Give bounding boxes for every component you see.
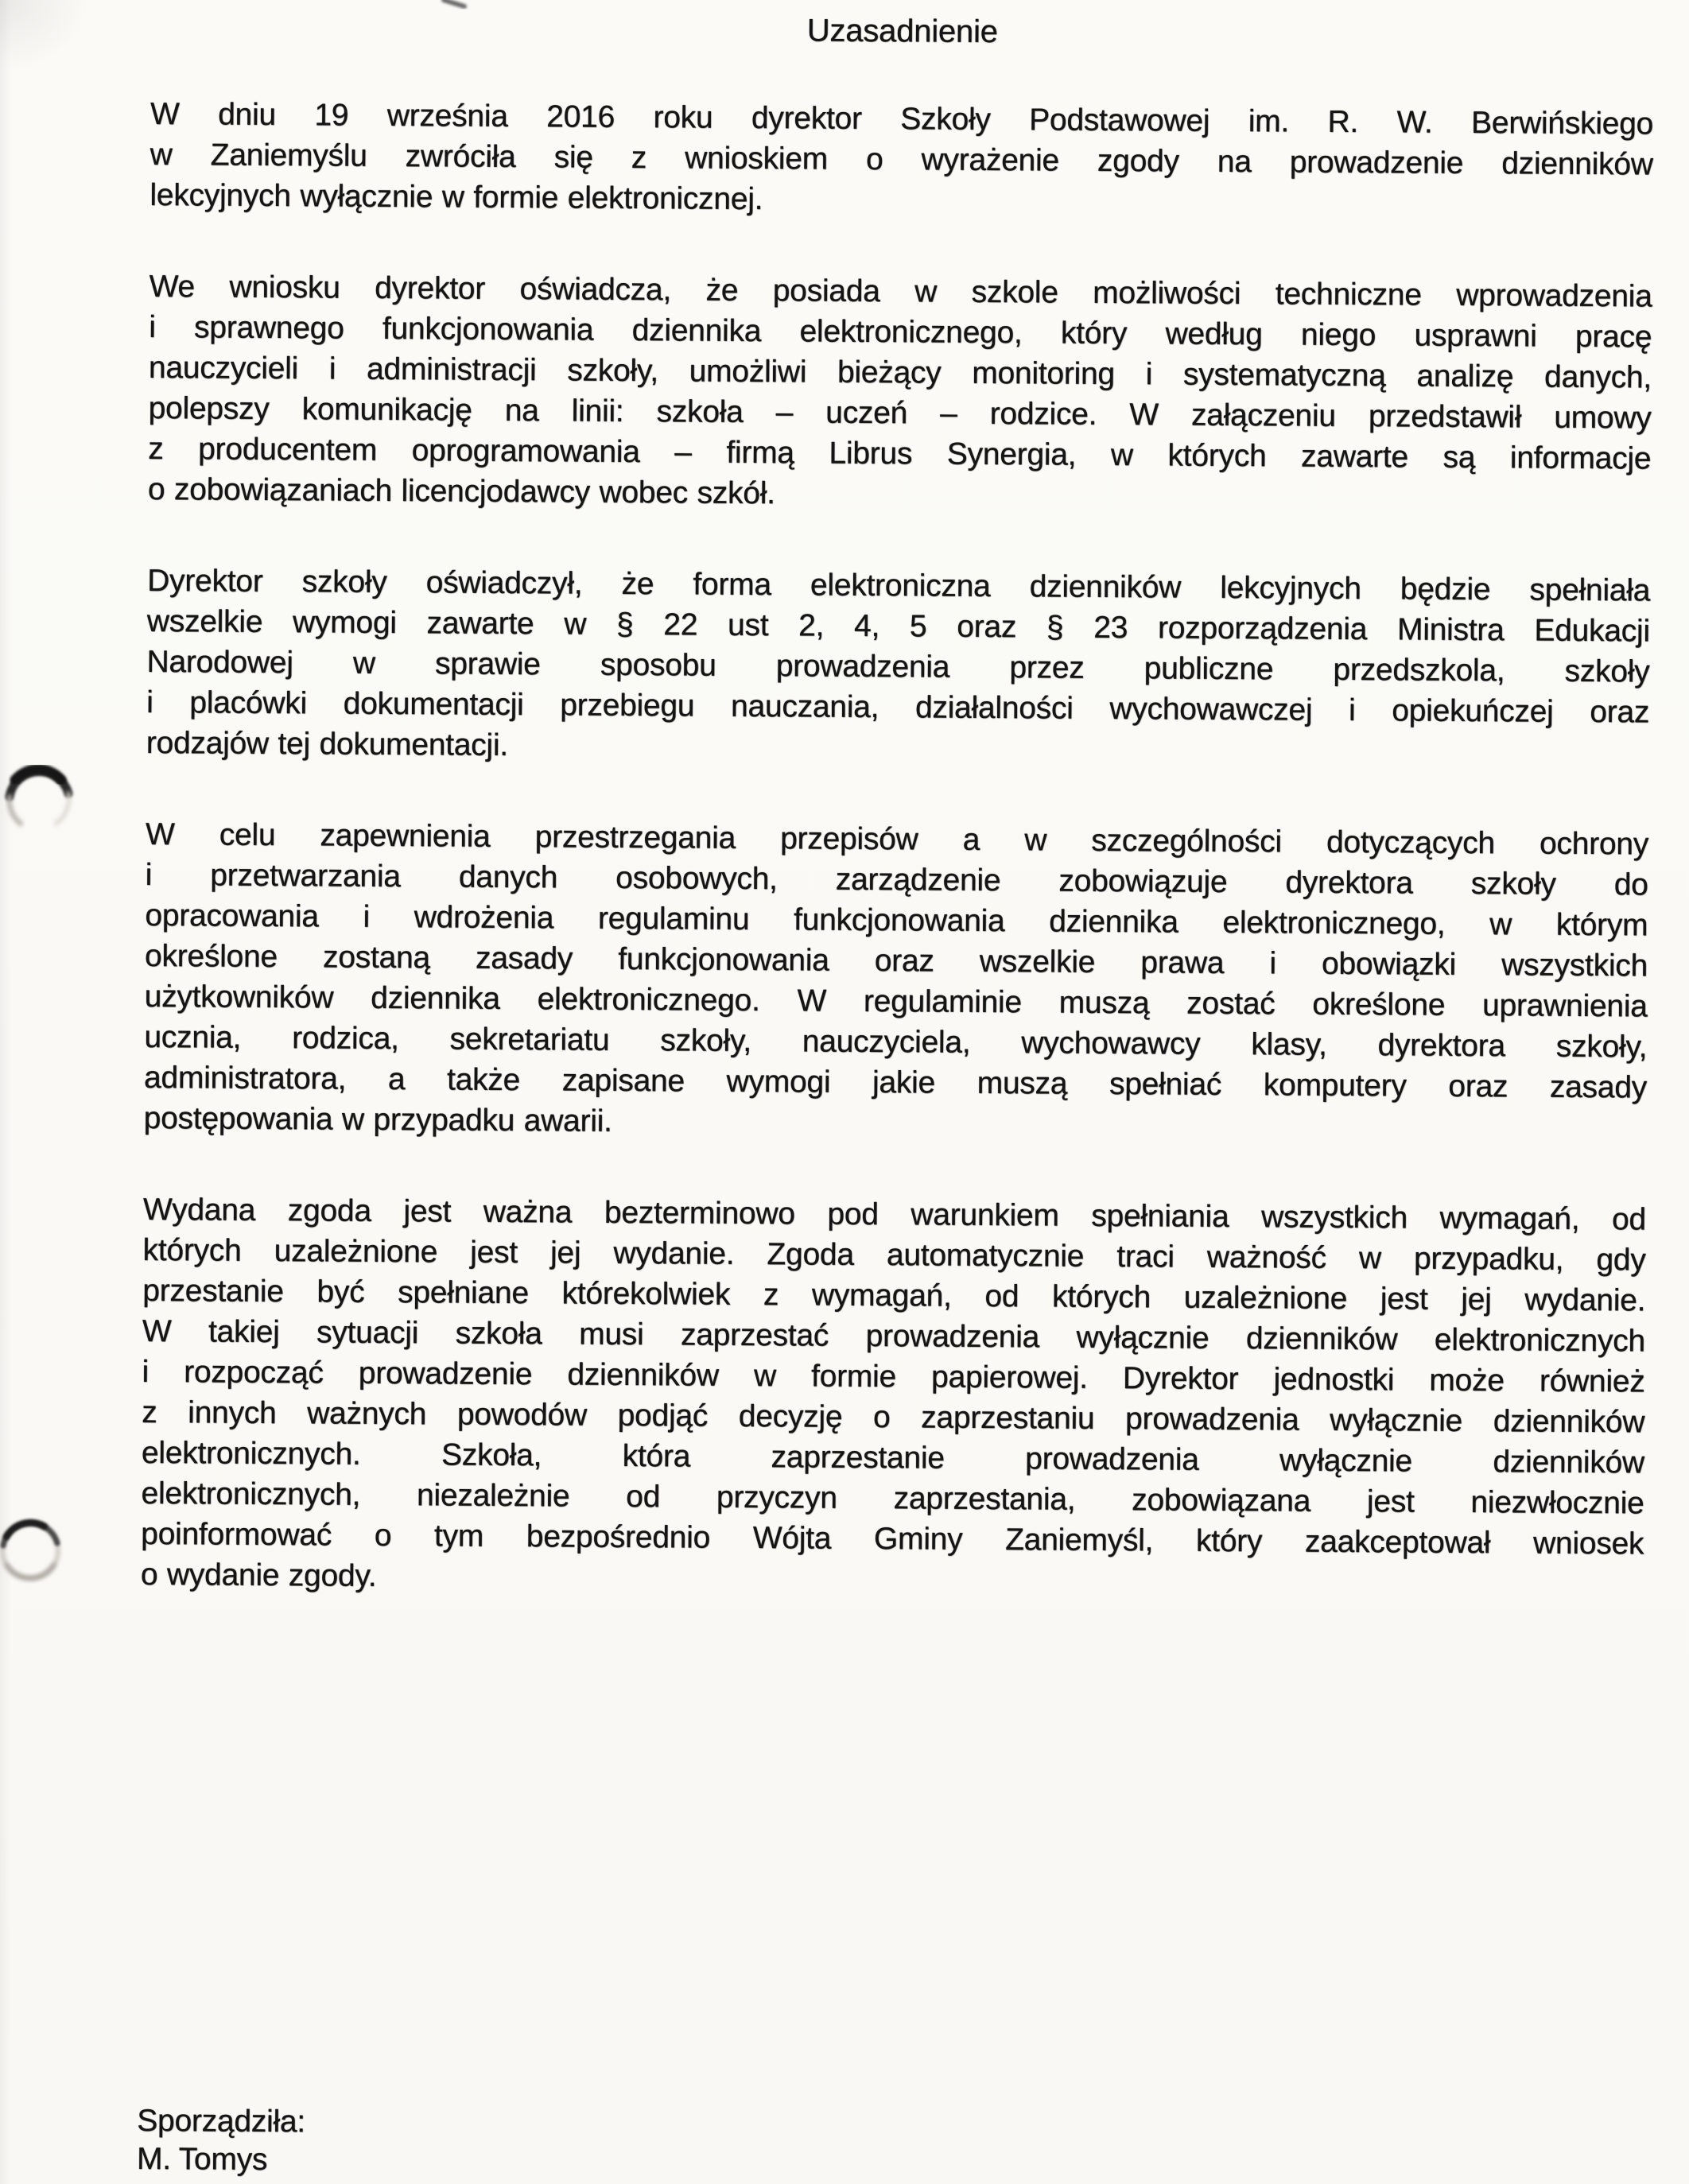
page-content: Uzasadnienie W dniu 19 września 2016 rok… [137, 6, 1654, 2184]
paragraph: We wniosku dyrektor oświadcza, że posiad… [148, 266, 1652, 520]
paragraph: W celu zapewnienia przestrzegania przepi… [144, 814, 1649, 1149]
body-paragraphs: W dniu 19 września 2016 roku dyrektor Sz… [141, 94, 1653, 1604]
page-title: Uzasadnienie [151, 6, 1654, 57]
punch-hole-bottom-icon [2, 1523, 58, 1578]
paragraph: Wydana zgoda jest ważna bezterminowo pod… [141, 1189, 1646, 1605]
paragraph: Dyrektor szkoły oświadczył, że forma ele… [146, 561, 1651, 774]
scanned-document-page: Uzasadnienie W dniu 19 września 2016 rok… [0, 0, 1689, 2184]
footer-block: Sporządziła: M. Tomys [137, 2102, 1640, 2184]
punch-hole-top-icon [10, 770, 69, 824]
scan-streak-icon [444, 0, 464, 6]
paragraph: W dniu 19 września 2016 roku dyrektor Sz… [149, 94, 1653, 226]
